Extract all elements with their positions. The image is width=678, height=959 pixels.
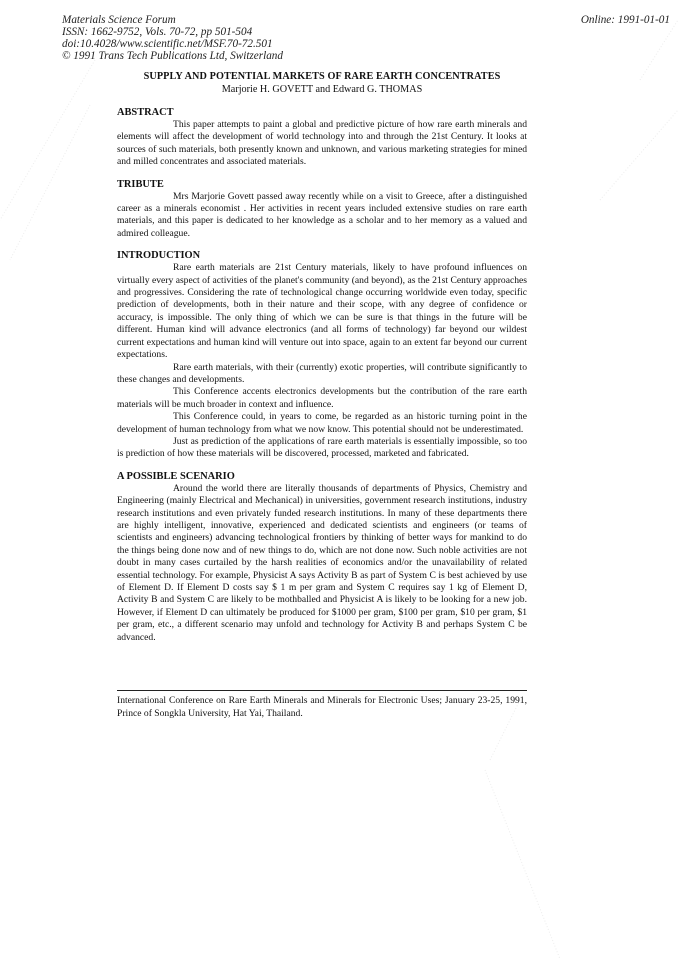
- section-tribute: TRIBUTE Mrs Marjorie Govett passed away …: [117, 178, 527, 241]
- section-introduction: INTRODUCTION Rare earth materials are 21…: [117, 249, 527, 461]
- paper-title: SUPPLY AND POTENTIAL MARKETS OF RARE EAR…: [117, 70, 527, 83]
- footnote-divider: [117, 690, 527, 691]
- section-heading: TRIBUTE: [117, 178, 527, 191]
- paragraph: Just as prediction of the applications o…: [117, 436, 527, 461]
- issn-line: ISSN: 1662-9752, Vols. 70-72, pp 501-504: [62, 26, 283, 38]
- section-heading: ABSTRACT: [117, 106, 527, 119]
- copyright-line: © 1991 Trans Tech Publications Ltd, Swit…: [62, 50, 283, 62]
- paragraph: Mrs Marjorie Govett passed away recently…: [117, 191, 527, 241]
- paragraph: Rare earth materials are 21st Century ma…: [117, 262, 527, 361]
- paragraph: This paper attempts to paint a global an…: [117, 119, 527, 169]
- doi-line: doi:10.4028/www.scientific.net/MSF.70-72…: [62, 38, 283, 50]
- journal-name: Materials Science Forum: [62, 14, 283, 26]
- paper-body: SUPPLY AND POTENTIAL MARKETS OF RARE EAR…: [117, 70, 527, 653]
- paragraph: This Conference could, in years to come,…: [117, 411, 527, 436]
- section-heading: A POSSIBLE SCENARIO: [117, 470, 527, 483]
- online-date: Online: 1991-01-01: [581, 14, 670, 26]
- paper-authors: Marjorie H. GOVETT and Edward G. THOMAS: [117, 83, 527, 96]
- section-abstract: ABSTRACT This paper attempts to paint a …: [117, 106, 527, 169]
- section-heading: INTRODUCTION: [117, 249, 527, 262]
- paragraph: This Conference accents electronics deve…: [117, 386, 527, 411]
- section-possible-scenario: A POSSIBLE SCENARIO Around the world the…: [117, 470, 527, 644]
- paragraph: Rare earth materials, with their (curren…: [117, 362, 527, 387]
- paragraph: Around the world there are literally tho…: [117, 483, 527, 644]
- conference-footnote: International Conference on Rare Earth M…: [117, 694, 527, 720]
- publication-header: Materials Science Forum ISSN: 1662-9752,…: [62, 14, 283, 62]
